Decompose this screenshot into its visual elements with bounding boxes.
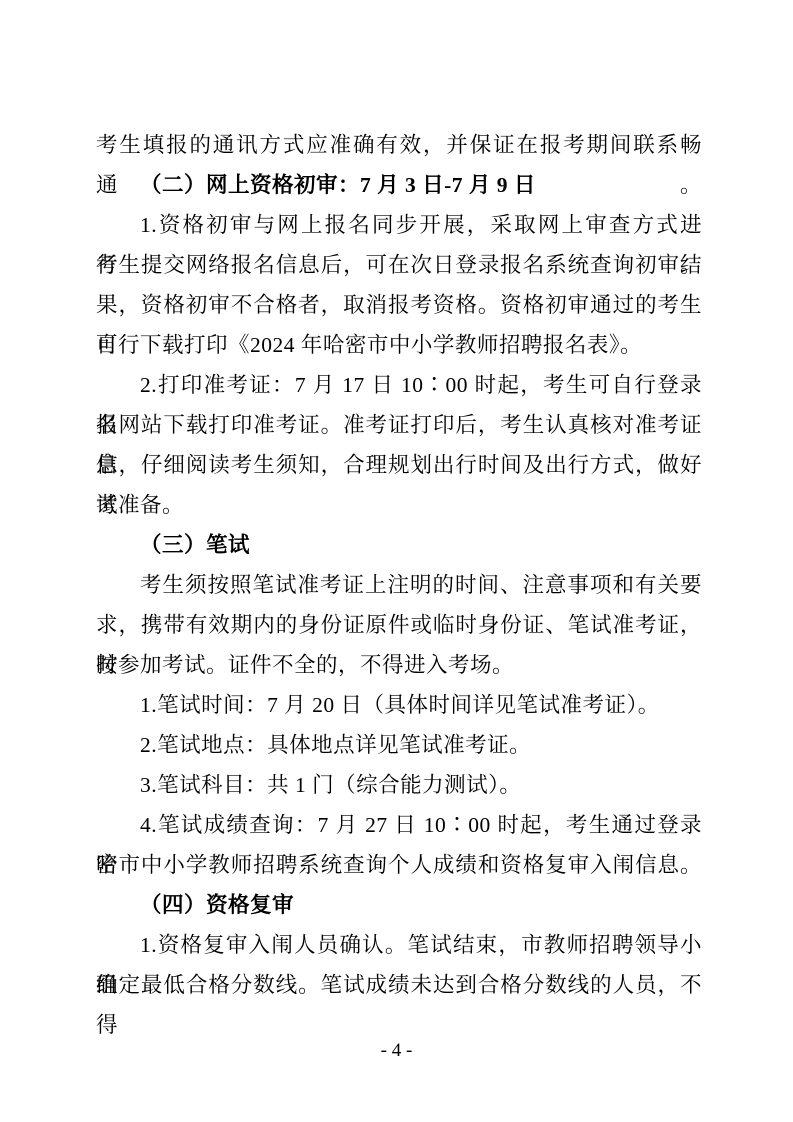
doc-line: 自行下载打印《2024 年哈密市中小学教师招聘报名表》。 xyxy=(96,325,702,365)
section-heading: （三）笔试 xyxy=(96,525,702,565)
document-page: 考生填报的通讯方式应准确有效，并保证在报考期间联系畅通。 （二）网上资格初审：7… xyxy=(0,0,793,1122)
doc-line: 考生提交网络报名信息后，可在次日登录报名系统查询初审结 xyxy=(96,245,702,285)
doc-line: 1.笔试时间：7 月 20 日（具体时间详见笔试准考证）。 xyxy=(96,685,702,725)
doc-line: 2.笔试地点：具体地点详见笔试准考证。 xyxy=(96,725,702,765)
doc-line: 密市中小学教师招聘系统查询个人成绩和资格复审入闱信息。 xyxy=(96,845,702,885)
doc-line: 求，携带有效期内的身份证原件或临时身份证、笔试准考证，按 xyxy=(96,605,702,645)
doc-line: 3.笔试科目：共 1 门（综合能力测试）。 xyxy=(96,765,702,805)
doc-line: 息，仔细阅读考生须知，合理规划出行时间及出行方式，做好考 xyxy=(96,445,702,485)
page-number: - 4 - xyxy=(0,1036,793,1066)
document-text-block: 考生填报的通讯方式应准确有效，并保证在报考期间联系畅通。 （二）网上资格初审：7… xyxy=(96,125,702,1005)
doc-line: 试准备。 xyxy=(96,485,702,525)
doc-line: 时参加考试。证件不全的，不得进入考场。 xyxy=(96,645,702,685)
doc-line: 考生填报的通讯方式应准确有效，并保证在报考期间联系畅通。 xyxy=(96,125,702,165)
doc-line: 考生须按照笔试准考证上注明的时间、注意事项和有关要 xyxy=(96,565,702,605)
doc-line: 1.资格初审与网上报名同步开展，采取网上审查方式进行。 xyxy=(96,205,702,245)
doc-line: 1.资格复审入闱人员确认。笔试结束，市教师招聘领导小组 xyxy=(96,925,702,965)
doc-line: 确定最低合格分数线。笔试成绩未达到合格分数线的人员，不得 xyxy=(96,965,702,1005)
doc-line: 4.笔试成绩查询：7 月 27 日 10∶00 时起，考生通过登录哈 xyxy=(96,805,702,845)
doc-line: 名网站下载打印准考证。准考证打印后，考生认真核对准考证信 xyxy=(96,405,702,445)
section-heading: （四）资格复审 xyxy=(96,885,702,925)
doc-line: 2.打印准考证：7 月 17 日 10∶00 时起，考生可自行登录报 xyxy=(96,365,702,405)
doc-line: 果，资格初审不合格者，取消报考资格。资格初审通过的考生可 xyxy=(96,285,702,325)
